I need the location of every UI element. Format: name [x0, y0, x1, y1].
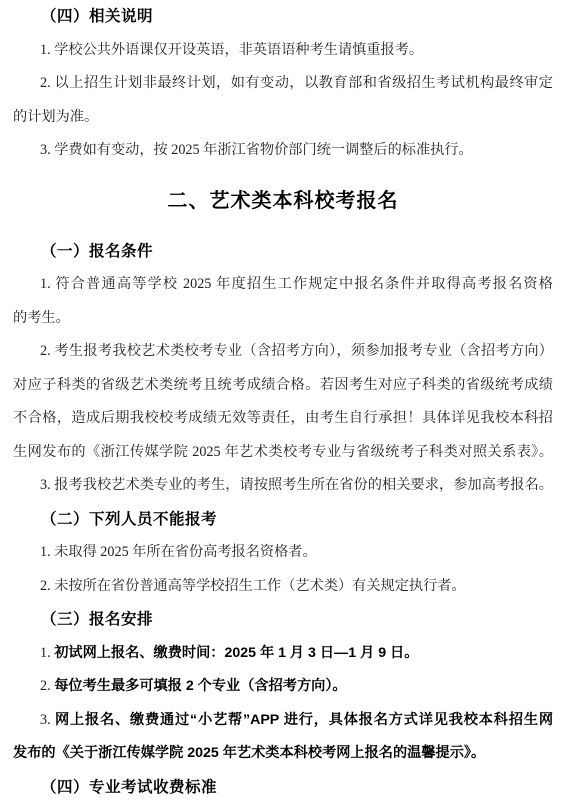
text-line: 对应子科类的省级艺术类统考且统考成绩合格。若因考生对应子科类的省级统考成绩 — [13, 369, 553, 403]
list-number: 3. — [40, 712, 55, 728]
heading-related-notes: （四）相关说明 — [13, 0, 553, 34]
bold-text: 初试网上报名、缴费时间：2025 年 1 月 3 日—1 月 9 日。 — [54, 645, 418, 661]
text-line: 不合格，造成后期我校校考成绩无效等责任，由考生自行承担！具体详见我校本科招 — [13, 402, 553, 436]
text-line: 1. 学校公共外语课仅开设英语，非英语语种考生请慎重报考。 — [13, 34, 553, 68]
main-title-art-school-exam-registration: 二、艺术类本科校考报名 — [13, 168, 553, 235]
list-number: 1. — [40, 645, 54, 661]
heading-registration-arrangement: （三）报名安排 — [13, 603, 553, 637]
text-line-bold: 2. 每位考生最多可填报 2 个专业（含招考方向）。 — [13, 670, 553, 704]
text-line-bold: 3. 网上报名、缴费通过“小艺帮”APP 进行，具体报名方式详见我校本科招生网 — [13, 704, 553, 738]
list-number: 2. — [40, 678, 54, 694]
document-page: （四）相关说明 1. 学校公共外语课仅开设英语，非英语语种考生请慎重报考。 2.… — [0, 0, 566, 812]
text-line-bold: 发布的《关于浙江传媒学院 2025 年艺术类本科校考网上报名的温馨提示》。 — [13, 737, 553, 771]
text-line: 生网发布的《浙江传媒学院 2025 年艺术类校考专业与省级统考子科类对照关系表》… — [13, 436, 553, 470]
text-line: 3. 报考我校艺术类专业的考生，请按照考生所在省份的相关要求，参加高考报名。 — [13, 469, 553, 503]
heading-ineligible-applicants: （二）下列人员不能报考 — [13, 503, 553, 537]
bold-text: 网上报名、缴费通过“小艺帮”APP 进行，具体报名方式详见我校本科招生网 — [55, 712, 553, 728]
text-line: 2. 未按所在省份普通高等学校招生工作（艺术类）有关规定执行者。 — [13, 570, 553, 604]
text-line: 1. 未取得 2025 年所在省份高考报名资格者。 — [13, 536, 553, 570]
text-line: 1. 符合普通高等学校 2025 年度招生工作规定中报名条件并取得高考报名资格 — [13, 268, 553, 302]
text-line: 3. 学费如有变动，按 2025 年浙江省物价部门统一调整后的标准执行。 — [13, 134, 553, 168]
text-line: 的计划为准。 — [13, 101, 553, 135]
heading-registration-requirements: （一）报名条件 — [13, 235, 553, 269]
text-line: 的考生。 — [13, 302, 553, 336]
heading-exam-fee-standard: （四）专业考试收费标准 — [13, 771, 553, 805]
text-line-bold: 1. 初试网上报名、缴费时间：2025 年 1 月 3 日—1 月 9 日。 — [13, 637, 553, 671]
bold-text: 每位考生最多可填报 2 个专业（含招考方向）。 — [54, 678, 346, 694]
text-line: 2. 考生报考我校艺术类校考专业（含招考方向），须参加报考专业（含招考方向） — [13, 335, 553, 369]
text-line: 2. 以上招生计划非最终计划，如有变动，以教育部和省级招生考试机构最终审定 — [13, 67, 553, 101]
